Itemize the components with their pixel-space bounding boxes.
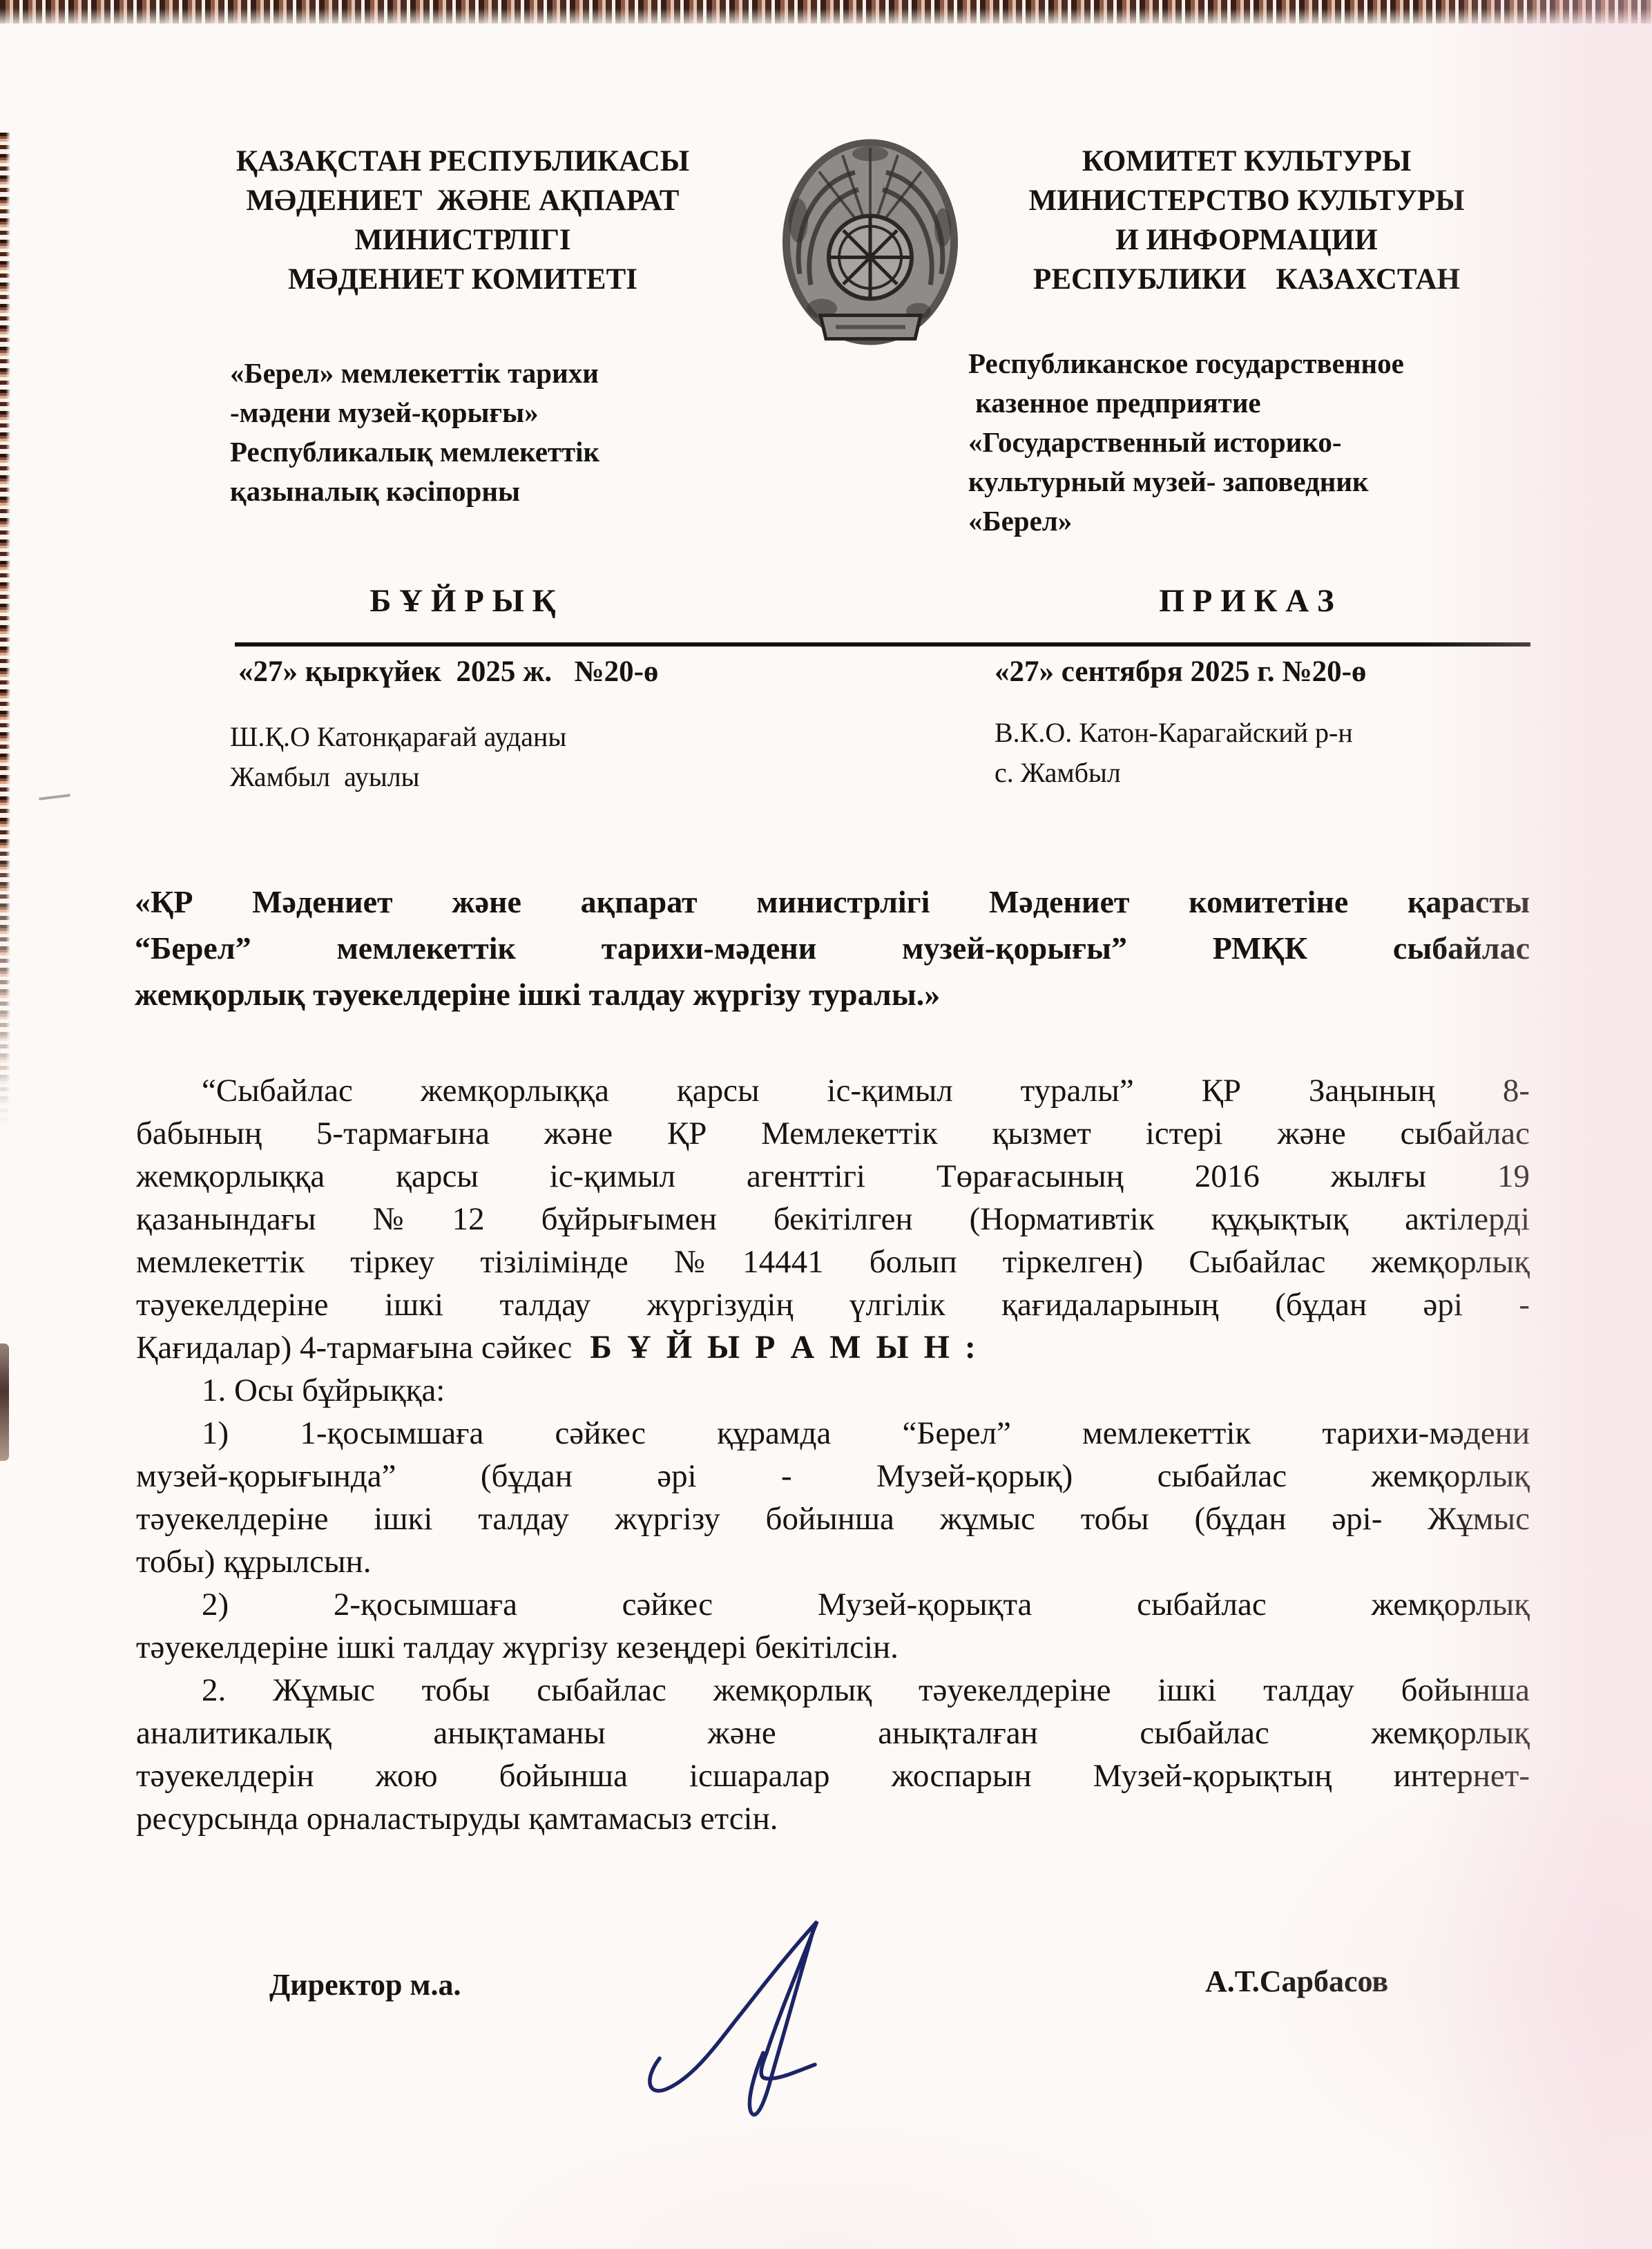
enterprise-name-kk-line: қазыналық кәсіпорны: [230, 472, 727, 511]
order-title-line: “Берел” мемлекеттік тарихи-мәдени музей-…: [135, 925, 1530, 971]
enterprise-name-kk-line: Республикалық мемлекеттік: [230, 432, 727, 472]
document-page: ҚАЗАҚСТАН РЕСПУБЛИКАСЫ МӘДЕНИЕТ ЖӘНЕ АҚП…: [0, 0, 1652, 2249]
order-place-kk-line: Ш.Қ.О Катонқарағай ауданы: [230, 717, 566, 757]
body-line: тәуекелдеріне ішкі талдау жүргізудің үлг…: [136, 1283, 1530, 1326]
enterprise-name-ru-line: культурный музей- заповедник: [968, 462, 1535, 501]
kazakhstan-emblem: [779, 133, 962, 350]
org-name-ru-line: РЕСПУБЛИКИ КАЗАХСТАН: [960, 260, 1533, 299]
body-line: тәуекелдеріне ішкі талдау жүргізу бойынш…: [136, 1497, 1530, 1540]
order-title: «ҚР Мәдениет және ақпарат министрлігі Мә…: [135, 879, 1530, 1017]
enterprise-name-ru-line: «Государственный историко-: [968, 423, 1535, 462]
body-line: 2. Жұмыс тобы сыбайлас жемқорлық тәуекел…: [136, 1669, 1530, 1712]
org-name-kk-line: МИНИСТРЛІГІ: [221, 220, 704, 260]
body-line: қазанындағы №12 бұйрығымен бекітілген (Н…: [136, 1198, 1530, 1241]
body-line: тәуекелдерін жою бойынша ісшаралар жоспа…: [136, 1754, 1530, 1797]
handwritten-signature: [608, 1851, 898, 2127]
order-place-ru-line: с. Жамбыл: [995, 753, 1353, 793]
body-line: 2) 2-қосымшаға сәйкес Музей-қорықта сыба…: [136, 1583, 1530, 1626]
signer-name: А.Т.Сарбасов: [1205, 1964, 1388, 1999]
resolve-word: Б Ұ Й Ы Р А М Ы Н :: [590, 1329, 979, 1366]
body-line: ресурсында орналастыруды қамтамасыз етсі…: [136, 1797, 1530, 1840]
body-line: 1) 1-қосымшаға сәйкес құрамда “Берел” ме…: [136, 1412, 1530, 1455]
order-heading-kk: Б Ұ Й Р Ы Қ: [221, 582, 704, 620]
paper-fold-mark: [39, 794, 70, 801]
enterprise-name-ru-line: казенное предприятие: [968, 383, 1535, 423]
body-line: мемлекеттік тіркеу тізілімінде №14441 бо…: [136, 1241, 1530, 1283]
enterprise-name-ru-line: Республиканское государственное: [968, 344, 1535, 383]
order-place-ru: В.К.О. Катон-Карагайский р-н с. Жамбыл: [995, 713, 1353, 793]
body-line: 1. Осы бұйрыққа:: [136, 1369, 1530, 1412]
body-line: “Сыбайлас жемқорлыққа қарсы іс-қимыл тур…: [136, 1069, 1530, 1112]
order-body: “Сыбайлас жемқорлыққа қарсы іс-қимыл тур…: [136, 1069, 1530, 1840]
body-line: тобы) құрылсын.: [136, 1540, 1530, 1583]
order-title-line: жемқорлық тәуекелдеріне ішкі талдау жүрг…: [135, 971, 1530, 1017]
paper-left-edge-artifact: [0, 133, 10, 1127]
order-place-ru-line: В.К.О. Катон-Карагайский р-н: [995, 713, 1353, 753]
order-date-ru: «27» сентября 2025 г. №20-ө: [995, 655, 1366, 689]
enterprise-name-ru: Республиканское государственное казенное…: [968, 344, 1535, 541]
signer-position: Директор м.а.: [269, 1967, 461, 2002]
paper-left-blob-artifact: [0, 1343, 9, 1461]
separator-rule: [235, 642, 1530, 647]
org-name-ru-line: КОМИТЕТ КУЛЬТУРЫ: [960, 142, 1533, 181]
enterprise-name-kk-line: «Берел» мемлекеттік тарихи: [230, 354, 727, 393]
order-place-kk: Ш.Қ.О Катонқарағай ауданы Жамбыл ауылы: [230, 717, 566, 797]
org-name-kk-line: ҚАЗАҚСТАН РЕСПУБЛИКАСЫ: [221, 142, 704, 181]
org-name-ru-line: МИНИСТЕРСТВО КУЛЬТУРЫ: [960, 181, 1533, 220]
body-line: Қағидалар) 4-тармағына сәйкесБ Ұ Й Ы Р А…: [136, 1326, 1530, 1369]
org-name-kk-line: МӘДЕНИЕТ ЖӘНЕ АҚПАРАТ: [221, 181, 704, 220]
order-heading-ru: П Р И К А З: [960, 582, 1533, 620]
order-date-kk: «27» қыркүйек 2025 ж. №20-ө: [238, 655, 658, 689]
org-name-ru: КОМИТЕТ КУЛЬТУРЫ МИНИСТЕРСТВО КУЛЬТУРЫ И…: [960, 142, 1533, 299]
body-line: тәуекелдеріне ішкі талдау жүргізу кезеңд…: [136, 1626, 1530, 1669]
org-name-kk: ҚАЗАҚСТАН РЕСПУБЛИКАСЫ МӘДЕНИЕТ ЖӘНЕ АҚП…: [221, 142, 704, 299]
kazakhstan-coat-of-arms-icon: [779, 133, 962, 350]
body-line-text: Қағидалар) 4-тармағына сәйкес: [136, 1330, 572, 1366]
body-line: музей-қорығында” (бұдан әрі - Музей-қоры…: [136, 1455, 1530, 1497]
body-line: жемқорлыққа қарсы іс-қимыл агенттігі Төр…: [136, 1155, 1530, 1198]
enterprise-name-kk-line: -мәдени музей-қорығы»: [230, 393, 727, 432]
org-name-kk-line: МӘДЕНИЕТ КОМИТЕТІ: [221, 260, 704, 299]
body-line: аналитикалық анықтаманы және анықталған …: [136, 1712, 1530, 1754]
order-place-kk-line: Жамбыл ауылы: [230, 757, 566, 797]
order-title-line: «ҚР Мәдениет және ақпарат министрлігі Мә…: [135, 879, 1530, 925]
enterprise-name-kk: «Берел» мемлекеттік тарихи -мәдени музей…: [230, 354, 727, 511]
paper-top-edge-fade: [0, 8, 1652, 36]
org-name-ru-line: И ИНФОРМАЦИИ: [960, 220, 1533, 260]
signature-stroke-icon: [608, 1851, 898, 2127]
body-line: бабының 5-тармағына және ҚР Мемлекеттік …: [136, 1112, 1530, 1155]
enterprise-name-ru-line: «Берел»: [968, 501, 1535, 541]
